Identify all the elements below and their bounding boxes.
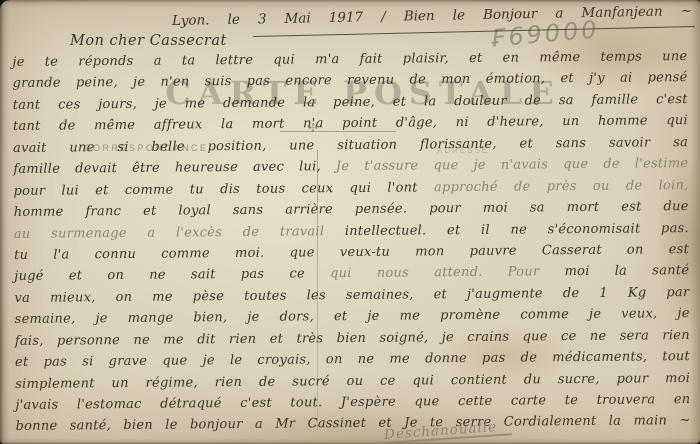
- handwriting-segment: je te réponds a ta lettre qui m'a fait p…: [12, 49, 687, 70]
- handwriting-line: bonne santé, bien le bonjour a Mr Cassin…: [16, 413, 691, 440]
- scanned-postcard-photo: CARTE POSTALE ✣ CORRESPONDANCE ADRESSE ₣…: [0, 0, 700, 444]
- letter-body: je te réponds a ta lettre qui m'a fait p…: [12, 49, 690, 441]
- handwriting-segment: qui nous attend. Pour: [330, 265, 565, 282]
- handwriting-segment: approché de près ou de loin,: [434, 178, 689, 195]
- handwriting-segment: famille devait être heureuse avec lui,: [13, 159, 336, 177]
- date-line-underline: [253, 26, 695, 37]
- handwriting-segment: pour lui et comme tu dis tous ceux qui l…: [13, 180, 434, 199]
- handwriting-segment: intellectuel. et il ne s'économisait pas…: [345, 221, 689, 239]
- handwriting-segment: moi la santé: [564, 263, 689, 279]
- handwriting-segment: au surmenage a l'excès de travail: [14, 224, 345, 242]
- postcard: CARTE POSTALE ✣ CORRESPONDANCE ADRESSE ₣…: [0, 0, 700, 444]
- handwriting-segment: Je t'assure que je n'avais que de l'esti…: [336, 156, 689, 174]
- handwriting-segment: jugé et on ne sait pas ce: [14, 267, 330, 285]
- handwritten-date-line: Lyon. le 3 Mai 1917 / Bien le Bonjour a …: [172, 3, 692, 29]
- handwritten-greeting: Mon cher Cassecrat: [70, 33, 227, 49]
